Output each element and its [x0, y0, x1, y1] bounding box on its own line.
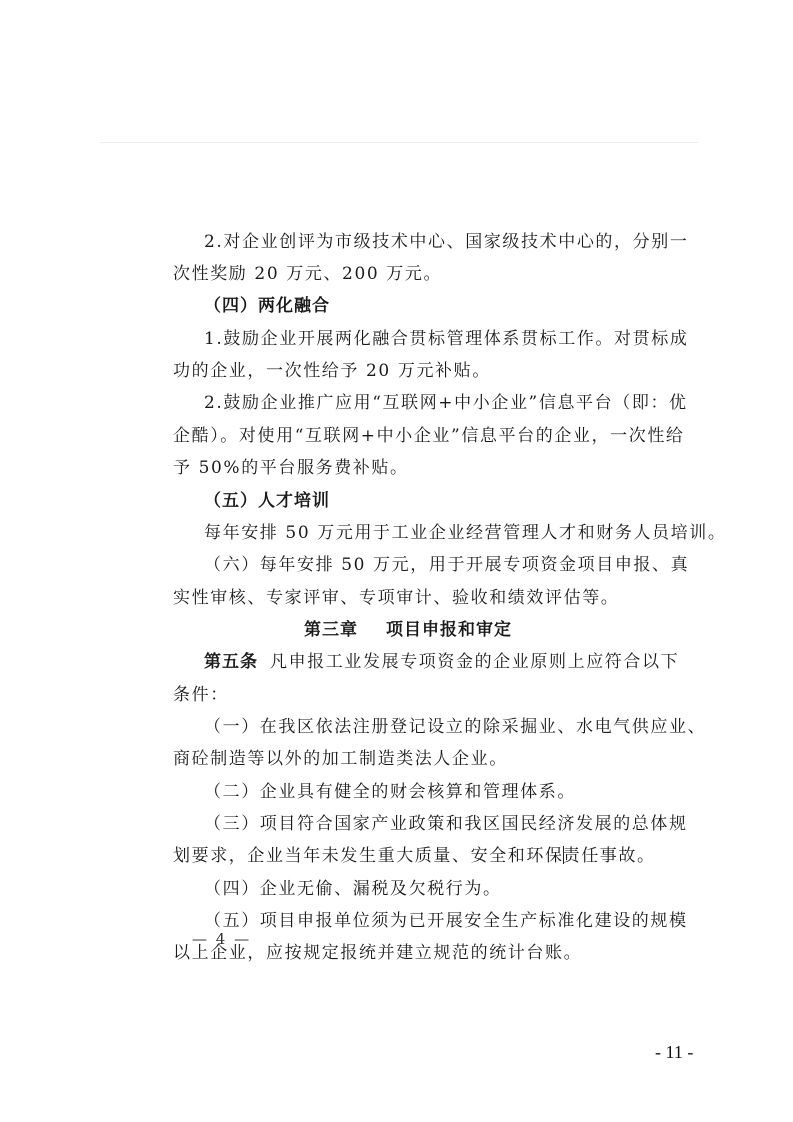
condition-line: （一）在我区依法注册登记设立的除采掘业、水电气供应业、: [204, 715, 706, 739]
section-heading: （五）人才培训: [204, 489, 330, 513]
chapter-heading: 第三章项目申报和审定: [304, 618, 512, 642]
paragraph-line: 予 50%的平台服务费补贴。: [173, 456, 409, 480]
paragraph-line: 实性审核、专家评审、专项审计、验收和绩效评估等。: [173, 586, 619, 610]
header-rule: [100, 142, 698, 143]
chapter-title: 项目申报和审定: [386, 620, 512, 640]
condition-line: （四）企业无偷、漏税及欠税行为。: [204, 877, 502, 901]
paragraph-line: 次性奖励 20 万元、200 万元。: [173, 262, 442, 286]
inner-page-number: — 4 —: [192, 930, 251, 948]
paragraph-line: 2.鼓励企业推广应用“互联网+中小企业”信息平台（即：优: [204, 391, 688, 415]
condition-line: （五）项目申报单位须为已开展安全生产标准化建设的规模: [204, 909, 688, 933]
condition-line[interactable]: 划要求，企业当年未发生重大质量、安全和环保责任事故。: [173, 844, 656, 868]
article-text: 凡申报工业发展专项资金的企业原则上应符合以下: [270, 652, 679, 672]
article-line: 第五条凡申报工业发展专项资金的企业原则上应符合以下: [204, 650, 679, 674]
condition-text: 责任事故。: [563, 846, 656, 866]
condition-text: 划要求，企业当年未发生重大质量、安全和环保: [173, 846, 564, 866]
paragraph-line: 1.鼓励企业开展两化融合贯标管理体系贯标工作。对贯标成: [204, 327, 688, 351]
condition-line: 商砼制造等以外的加工制造类法人企业。: [173, 747, 508, 771]
paragraph-line: 2.对企业创评为市级技术中心、国家级技术中心的，分别一: [204, 230, 688, 254]
article-label: 第五条: [204, 652, 258, 672]
paragraph-line: 企酷）。对使用“互联网+中小企业”信息平台的企业，一次性给: [173, 424, 685, 448]
condition-line: （三）项目符合国家产业政策和我区国民经济发展的总体规: [204, 812, 688, 836]
page-number: - 11 -: [655, 1042, 693, 1063]
paragraph-line: 条件：: [173, 683, 229, 707]
paragraph-line: 功的企业，一次性给予 20 万元补贴。: [173, 359, 491, 383]
paragraph-line: 每年安排 50 万元用于工业企业经营管理人才和财务人员培训。: [204, 521, 726, 545]
section-heading: （四）两化融合: [204, 294, 330, 318]
paragraph-line: （六）每年安排 50 万元，用于开展专项资金项目申报、真: [204, 553, 689, 577]
condition-line: （二）企业具有健全的财会核算和管理体系。: [204, 780, 576, 804]
chapter-number: 第三章: [304, 620, 358, 640]
